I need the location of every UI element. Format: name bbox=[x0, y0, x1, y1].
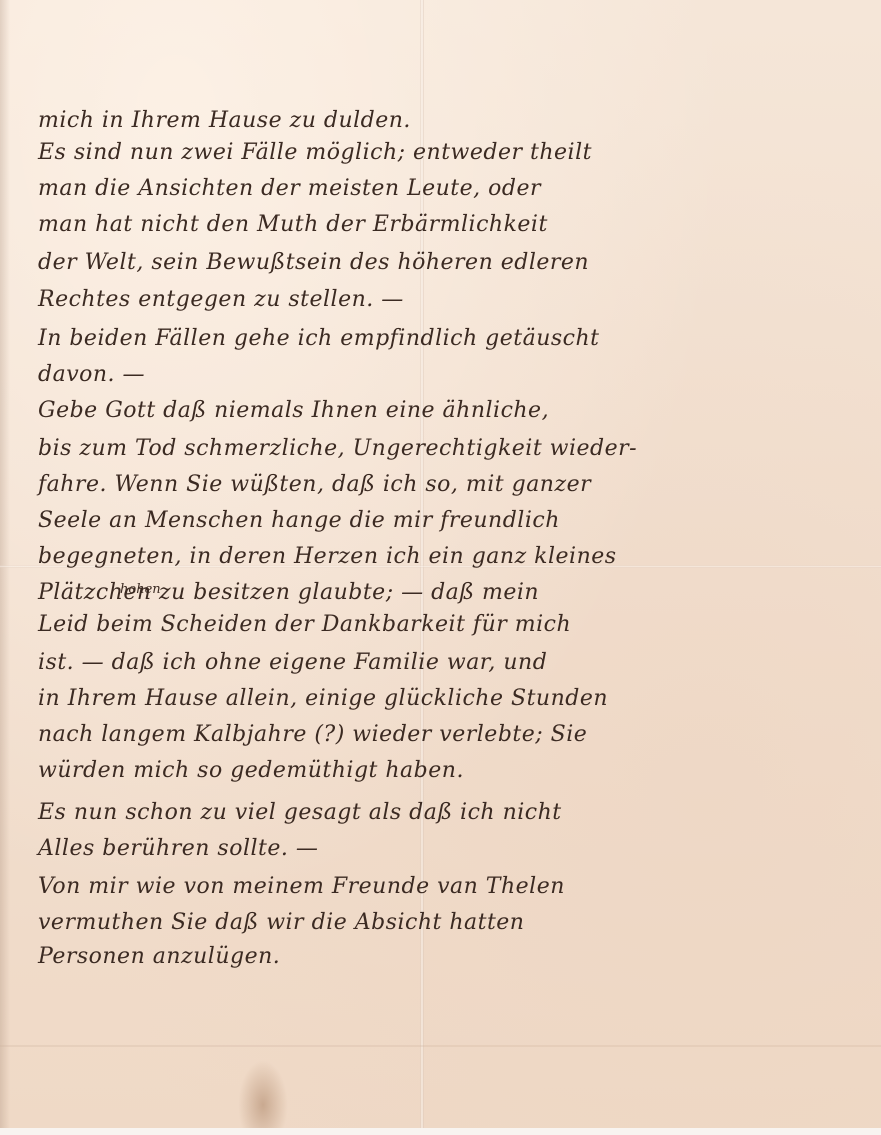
letter-page: mich in Ihrem Hause zu dulden. Es sind n… bbox=[0, 0, 881, 1135]
letter-line: vermuthen Sie daß wir die Absicht hatten bbox=[38, 910, 524, 935]
scan-edge bbox=[0, 1128, 881, 1135]
letter-line: Es nun schon zu viel gesagt als daß ich … bbox=[38, 800, 562, 825]
letter-line: Personen anzulügen. bbox=[38, 944, 280, 969]
letter-line: in Ihrem Hause allein, einige glückliche… bbox=[38, 686, 608, 711]
letter-line: Es sind nun zwei Fälle möglich; entweder… bbox=[38, 140, 592, 165]
letter-line: Von mir wie von meinem Freunde van Thele… bbox=[38, 874, 565, 899]
letter-line: würden mich so gedemüthigt haben. bbox=[38, 758, 464, 783]
letter-line: mich in Ihrem Hause zu dulden. bbox=[38, 108, 411, 133]
letter-line: Leid beim Scheiden der Dankbarkeit für m… bbox=[38, 612, 571, 637]
letter-line: Plätzchen zu besitzen glaubte; — daß mei… bbox=[38, 580, 539, 605]
letter-line: man die Ansichten der meisten Leute, ode… bbox=[38, 176, 541, 201]
interlinear-insertion: hohen bbox=[120, 582, 161, 597]
letter-line: man hat nicht den Muth der Erbärmlichkei… bbox=[38, 212, 548, 237]
letter-line: Alles berühren sollte. — bbox=[38, 836, 318, 861]
letter-line: der Welt, sein Bewußtsein des höheren ed… bbox=[38, 250, 589, 275]
letter-line: davon. — bbox=[38, 362, 145, 387]
letter-line: Rechtes entgegen zu stellen. — bbox=[38, 287, 404, 312]
letter-line: bis zum Tod schmerzliche, Ungerechtigkei… bbox=[38, 436, 637, 461]
letter-line: ist. — daß ich ohne eigene Familie war, … bbox=[38, 650, 547, 675]
letter-line: Gebe Gott daß niemals Ihnen eine ähnlich… bbox=[38, 398, 549, 423]
letter-line: fahre. Wenn Sie wüßten, daß ich so, mit … bbox=[38, 472, 591, 497]
paper-stain bbox=[238, 1060, 288, 1135]
letter-line: In beiden Fällen gehe ich empfindlich ge… bbox=[38, 326, 600, 351]
lower-fold-crease bbox=[0, 1045, 881, 1047]
letter-line: nach langem Kalbjahre (?) wieder verlebt… bbox=[38, 722, 587, 747]
letter-line: begegneten, in deren Herzen ich ein ganz… bbox=[38, 544, 617, 569]
letter-line: Seele an Menschen hange die mir freundli… bbox=[38, 508, 560, 533]
